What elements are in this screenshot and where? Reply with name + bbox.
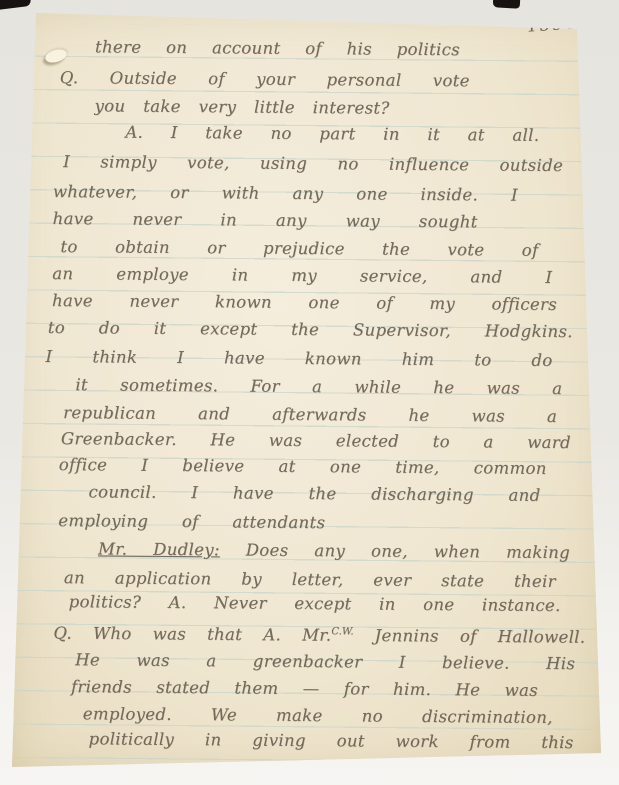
handwritten-line: Greenbacker. He was elected to a ward	[61, 429, 571, 453]
scan-background: 1354 there on account of his politics Q.…	[0, 0, 619, 785]
answer-text: A. Mr.	[263, 625, 331, 645]
handwritten-line: politics? A. Never except in one instanc…	[69, 592, 561, 616]
handwritten-line: whatever, or with any one inside. I	[53, 182, 518, 206]
question-text: Q. Who was that	[53, 624, 242, 644]
handwritten-line: to do it except the Supervisor, Hodgkins…	[48, 318, 573, 342]
handwritten-line: Mr. Dudley: Does any one, when making	[98, 539, 570, 563]
handwritten-line: there on account of his politics	[95, 37, 460, 60]
handwritten-line: employed. We make no discrimination,	[83, 704, 553, 728]
handwritten-line-text: Does any one, when making	[246, 541, 570, 563]
handwritten-line: He was a greenbacker I believe. His	[75, 650, 575, 674]
handwritten-line: employing of attendants	[58, 511, 325, 533]
handwritten-line: council. I have the discharging and	[88, 482, 540, 506]
handwritten-line: I think I have known him to do	[46, 347, 553, 371]
handwritten-line: you take very little interest?	[94, 96, 389, 118]
handwritten-line: Q. Outside of your personal vote	[60, 68, 470, 91]
manuscript-page: 1354 there on account of his politics Q.…	[0, 0, 619, 785]
handwritten-line: to obtain or prejudice the vote of	[60, 237, 538, 261]
handwritten-line: I simply vote, using no influence outsid…	[63, 152, 563, 176]
inserted-initials: C.W.	[331, 626, 353, 637]
handwritten-line: have never in any way sought	[53, 209, 478, 232]
speaker-name: Mr. Dudley:	[98, 539, 220, 559]
scanner-edge-mark	[0, 0, 31, 10]
handwritten-line: politically in giving out work from this	[89, 729, 574, 753]
handwritten-line: friends stated them — for him. He was	[71, 677, 538, 701]
handwritten-line: office I believe at one time, common	[59, 455, 547, 479]
handwritten-line: an employe in my service, and I	[52, 264, 552, 288]
handwritten-line-text: Jennins of Hallowell.	[375, 626, 586, 647]
handwritten-line: have never known one of my officers	[52, 291, 557, 315]
handwritten-line: it sometimes. For a while he was a	[75, 375, 562, 399]
handwritten-line: republican and afterwards he was a	[63, 403, 557, 427]
scanner-edge-mark	[493, 0, 521, 9]
handwritten-line: an application by letter, ever state the…	[64, 568, 556, 592]
handwritten-line: A. I take no part in it at all.	[125, 123, 539, 146]
handwriting-layer: there on account of his politics Q. Outs…	[0, 0, 619, 785]
handwritten-line: Q. Who was that A. Mr.C.W. Jennins of Ha…	[53, 620, 585, 648]
